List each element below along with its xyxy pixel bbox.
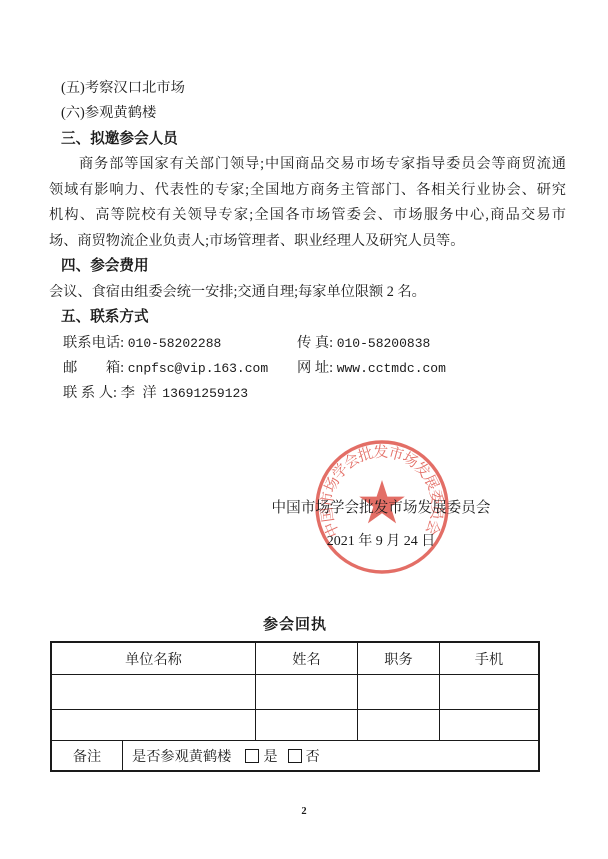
email-label: 邮 箱: — [63, 360, 124, 376]
attendees-line-1: 商务部等国家有关部门领导;中国商品交易市场专家指导委员会等商贸流通 — [49, 152, 566, 177]
unit-name-field[interactable] — [52, 710, 255, 740]
email-value: cnpfsc@vip.163.com — [128, 361, 268, 376]
checkbox-yes[interactable] — [245, 749, 259, 763]
mobile-field[interactable] — [439, 675, 538, 709]
mobile-field[interactable] — [439, 710, 538, 740]
table-header-row: 单位名称 姓名 职务 手机 — [52, 643, 538, 674]
phone-label: 联系电话: — [63, 335, 124, 351]
header-mobile: 手机 — [439, 643, 538, 674]
position-field[interactable] — [357, 710, 439, 740]
contact-person-label: 联 系 人: — [63, 385, 117, 401]
unit-name-field[interactable] — [52, 675, 255, 709]
website-label: 网 址: — [297, 360, 333, 376]
document-page: (五)考察汉口北市场 (六)参观黄鹤楼 三、拟邀参会人员 商务部等国家有关部门领… — [0, 0, 608, 859]
reply-slip-title: 参会回执 — [50, 613, 540, 634]
fax-value: 010-58200838 — [337, 336, 431, 351]
header-position: 职务 — [357, 643, 439, 674]
fee-body: 会议、食宿由组委会统一安排;交通自理;每家单位限额 2 名。 — [49, 280, 566, 305]
phone-value: 010-58202288 — [128, 336, 222, 351]
remark-label: 备注 — [52, 741, 122, 770]
attendees-line-2: 领域有影响力、代表性的专家;全国地方商务主管部门、各相关行业协会、研究 — [49, 178, 566, 203]
heading-attendees: 三、拟邀参会人员 — [49, 127, 566, 152]
signature-organization: 中国市场学会批发市场发展委员会 — [266, 496, 496, 517]
checkbox-no[interactable] — [288, 749, 302, 763]
name-field[interactable] — [255, 675, 357, 709]
document-body: (五)考察汉口北市场 (六)参观黄鹤楼 三、拟邀参会人员 商务部等国家有关部门领… — [49, 76, 566, 407]
agenda-item-6: (六)参观黄鹤楼 — [49, 101, 566, 126]
contact-row-person: 联 系 人: 李 洋 13691259123 — [49, 381, 566, 406]
website-value: www.cctmdc.com — [337, 361, 446, 376]
header-unit-name: 单位名称 — [52, 643, 255, 674]
table-row — [52, 709, 538, 740]
remark-question: 是否参观黄鹤楼 — [132, 746, 231, 766]
heading-fee: 四、参会费用 — [49, 254, 566, 279]
table-remark-row: 备注 是否参观黄鹤楼 是 否 — [52, 740, 538, 770]
position-field[interactable] — [357, 675, 439, 709]
header-name: 姓名 — [255, 643, 357, 674]
contact-person-mobile: 13691259123 — [162, 386, 248, 401]
attendees-line-4: 场、商贸物流企业负责人;市场管理者、职业经理人及研究人员等。 — [49, 229, 566, 254]
table-row — [52, 674, 538, 709]
contact-row-email-web: 邮 箱: cnpfsc@vip.163.com 网 址: www.cctmdc.… — [49, 356, 566, 381]
agenda-item-5: (五)考察汉口北市场 — [49, 76, 566, 101]
attendees-line-3: 机构、高等院校有关领导专家;全国各市场管委会、市场服务中心,商品交易市 — [49, 203, 566, 228]
reply-slip-table: 单位名称 姓名 职务 手机 备注 是否参观黄鹤楼 是 否 — [50, 641, 540, 772]
checkbox-yes-label: 是 — [263, 746, 277, 766]
checkbox-no-label: 否 — [306, 746, 320, 766]
contact-person-name: 李 洋 — [121, 385, 159, 401]
signature-date: 2021 年 9 月 24 日 — [266, 530, 496, 550]
page-number: 2 — [0, 806, 608, 817]
heading-contact: 五、联系方式 — [49, 305, 566, 330]
fax-label: 传 真: — [297, 335, 333, 351]
name-field[interactable] — [255, 710, 357, 740]
contact-row-phone-fax: 联系电话: 010-58202288 传 真: 010-58200838 — [49, 331, 566, 356]
remark-content: 是否参观黄鹤楼 是 否 — [122, 741, 538, 770]
